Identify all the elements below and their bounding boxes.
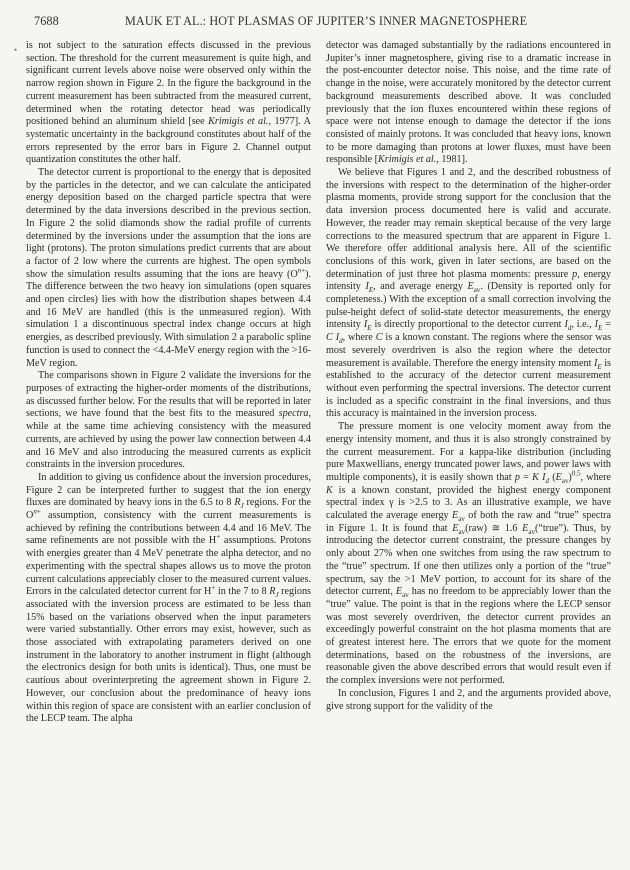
paragraph: is not subject to the saturation effects… <box>26 40 311 167</box>
page-number: 7688 <box>34 14 59 29</box>
paragraph: We believe that Figures 1 and 2, and the… <box>326 167 611 421</box>
paragraph: detector was damaged substantially by th… <box>326 40 611 167</box>
paragraph: In addition to giving us confidence abou… <box>26 472 311 726</box>
journal-page: 7688 MAUK ET AL.: HOT PLASMAS OF JUPITER… <box>0 0 630 870</box>
page-header: 7688 MAUK ET AL.: HOT PLASMAS OF JUPITER… <box>34 14 604 30</box>
paragraph: The comparisons shown in Figure 2 valida… <box>26 370 311 472</box>
right-column: detector was damaged substantially by th… <box>326 40 611 713</box>
left-column: is not subject to the saturation effects… <box>26 40 311 726</box>
running-title: MAUK ET AL.: HOT PLASMAS OF JUPITER’S IN… <box>125 14 527 29</box>
paragraph: The pressure moment is one velocity mome… <box>326 421 611 688</box>
paragraph: In conclusion, Figures 1 and 2, and the … <box>326 688 611 713</box>
margin-mark: • <box>14 45 17 55</box>
paragraph: The detector current is proportional to … <box>26 167 311 370</box>
